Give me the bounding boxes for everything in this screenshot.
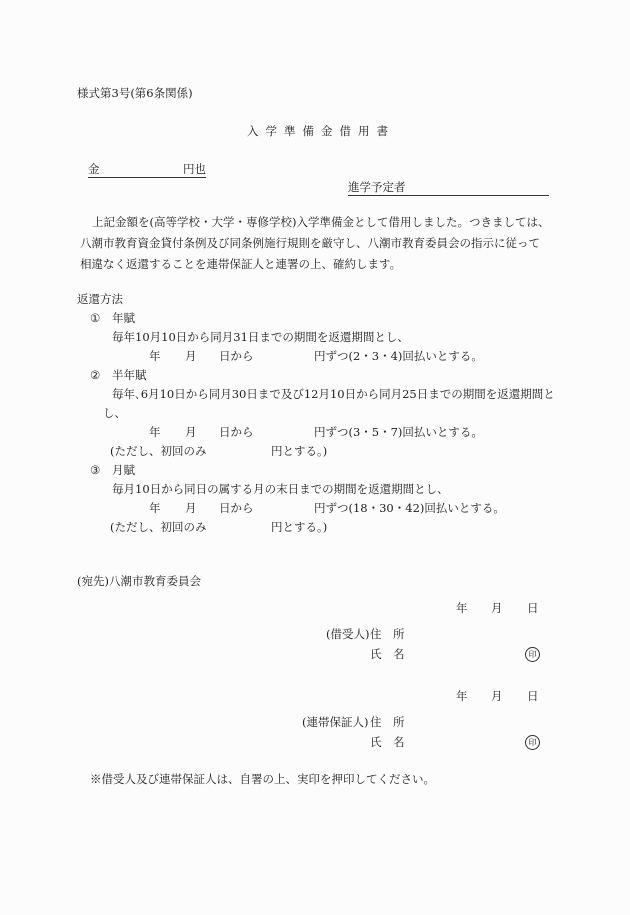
borrower-name-label[interactable]: 氏 名 (370, 647, 405, 661)
method-3-first-prefix: (ただし、初回のみ (110, 520, 207, 534)
method-2-first-prefix: (ただし、初回のみ (110, 444, 207, 458)
body-line-3: 相違なく返還することを連帯保証人と連署の上、確約します。 (80, 257, 401, 271)
method-1-day[interactable]: 日から (219, 349, 254, 363)
method-1-period: 毎年10月10日から同月31日までの期間を返還期間とし、 (112, 330, 409, 344)
method-3-installment[interactable]: 円ずつ(18・30・42)回払いとする。 (314, 501, 505, 515)
repayment-heading: 返還方法 (77, 292, 123, 306)
borrower-seal-icon: 印 (525, 646, 540, 662)
student-label: 進学予定者 (348, 180, 406, 194)
amount-field[interactable]: 金 円也 (88, 162, 206, 178)
method-3-year[interactable]: 年 (149, 501, 161, 515)
method-2-period-2: し、 (103, 406, 126, 420)
method-2-first-suffix[interactable]: 円とする。) (271, 444, 327, 458)
method-3-name: 月賦 (112, 463, 135, 477)
addressee: (宛先)八潮市教育委員会 (77, 574, 201, 588)
body-line-2: 八潮市教育資金貸付条例及び同条例施行規則を厳守し、八潮市教育委員会の指示に従って (80, 236, 540, 250)
method-3-number: ③ (90, 463, 100, 477)
method-3-period: 毎月10日から同日の属する月の末日までの期間を返還期間とし、 (112, 482, 449, 496)
method-3-month[interactable]: 月 (185, 501, 197, 515)
method-1-installment[interactable]: 円ずつ(2・3・4)回払いとする。 (314, 349, 483, 363)
method-1-number: ① (90, 311, 100, 325)
body-line-1: 上記金額を(高等学校・大学・専修学校)入学準備金として借用しました。つきましては… (92, 215, 549, 229)
borrower-date-month[interactable]: 月 (491, 601, 503, 615)
borrower-address-label[interactable]: 住 所 (370, 627, 405, 641)
amount-suffix: 円也 (183, 162, 206, 176)
amount-prefix: 金 (88, 162, 100, 176)
method-1-name: 年賦 (112, 311, 135, 325)
guarantor-role: (連帯保証人) (302, 715, 368, 729)
method-2-month[interactable]: 月 (185, 425, 197, 439)
method-2-number: ② (90, 368, 100, 382)
guarantor-date-month[interactable]: 月 (491, 689, 503, 703)
borrower-role: (借受人) (326, 627, 369, 641)
form-number: 様式第3号(第6条関係) (77, 86, 193, 100)
method-3-first-suffix[interactable]: 円とする。) (271, 520, 327, 534)
method-1-year[interactable]: 年 (149, 349, 161, 363)
borrower-date-day[interactable]: 日 (527, 601, 539, 615)
guarantor-seal-icon: 印 (525, 734, 540, 750)
method-2-installment[interactable]: 円ずつ(3・5・7)回払いとする。 (314, 425, 483, 439)
seal-mark: 印 (525, 647, 540, 662)
guarantor-address-label[interactable]: 住 所 (370, 715, 405, 729)
method-3-day[interactable]: 日から (219, 501, 254, 515)
borrower-date-year[interactable]: 年 (456, 601, 468, 615)
document-title: 入学準備金借用書 (247, 124, 395, 138)
signature-note: ※借受人及び連帯保証人は、自署の上、実印を押印してください。 (90, 772, 435, 786)
method-2-year[interactable]: 年 (149, 425, 161, 439)
method-1-month[interactable]: 月 (185, 349, 197, 363)
method-2-day[interactable]: 日から (219, 425, 254, 439)
guarantor-date-day[interactable]: 日 (527, 689, 539, 703)
seal-mark: 印 (525, 735, 540, 750)
guarantor-name-label[interactable]: 氏 名 (370, 735, 405, 749)
student-field[interactable]: 進学予定者 (348, 180, 549, 196)
method-2-period-1: 毎年､6月10日から同月30日まで及び12月10日から同月25日までの期間を返還… (112, 387, 555, 401)
guarantor-date-year[interactable]: 年 (456, 689, 468, 703)
method-2-name: 半年賦 (112, 368, 147, 382)
